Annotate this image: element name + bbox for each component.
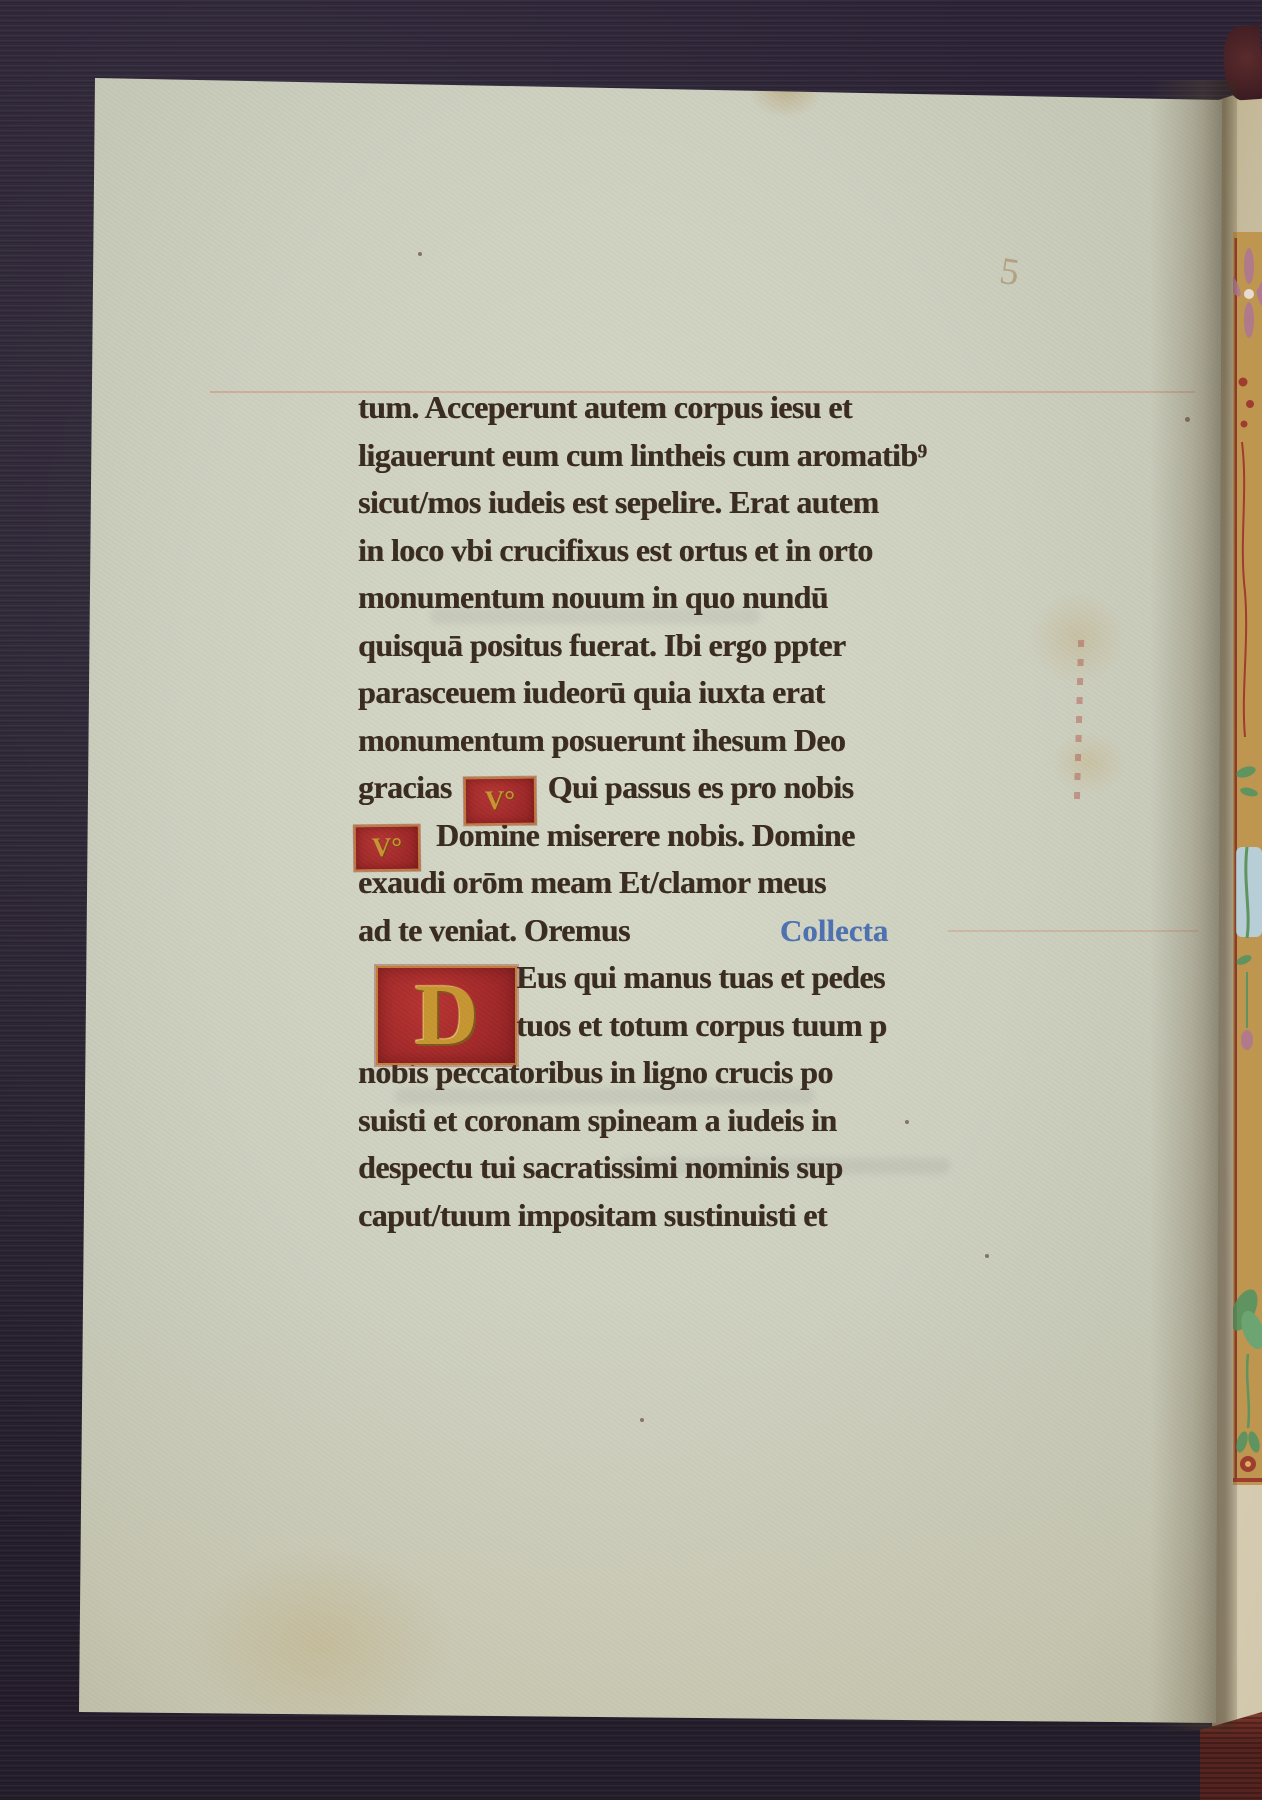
ink-speck <box>640 1418 644 1422</box>
versicle-rubric-badge: V° <box>463 776 535 825</box>
text-segment: ad te veniat. Oremus <box>358 912 630 948</box>
text-segment: monumentum posuerunt ihesum Deo <box>358 722 845 758</box>
text-line-12: ad te veniat. OremusCollecta <box>358 907 1088 955</box>
binding-edge-top-right <box>1221 25 1262 101</box>
text-segment: Eus qui manus tuas et pedes <box>516 959 885 995</box>
manuscript-photo: 5 tum. Acceperunt autem corpus iesu etli… <box>0 0 1262 1800</box>
text-segment: in loco vbi crucifixus est ortus et in o… <box>358 532 873 568</box>
text-line-6: quisquā positus fuerat. Ibi ergo ppter <box>358 622 1088 670</box>
illuminated-border-strip <box>1233 232 1262 1485</box>
text-segment: quisquā positus fuerat. Ibi ergo ppter <box>358 627 846 663</box>
text-segment: monumentum nouum in quo nundū <box>358 579 828 615</box>
text-segment: tuos et totum corpus tuum p <box>516 1007 887 1043</box>
text-line-2: ligauerunt eum cum lintheis cum aromatib… <box>358 432 1088 480</box>
binding-fabric-bottom-right <box>1200 1712 1262 1800</box>
text-line-5: monumentum nouum in quo nundū <box>358 574 1088 622</box>
versicle-rubric-badge: V° <box>354 825 420 872</box>
text-segment: suisti et coronam spineam a iudeis in <box>358 1102 837 1138</box>
text-segment: parasceuem iudeorū quia iuxta erat <box>358 674 825 710</box>
initial-letter: D <box>415 972 479 1060</box>
text-line-1: tum. Acceperunt autem corpus iesu et <box>358 384 1088 432</box>
folio-number: 5 <box>997 249 1023 295</box>
pink-bud <box>1241 1030 1253 1050</box>
text-line-3: sicut/mos iudeis est sepelire. Erat aute… <box>358 479 1088 527</box>
text-line-7: parasceuem iudeorū quia iuxta erat <box>358 669 1088 717</box>
text-segment: Qui passus es pro nobis <box>548 769 854 805</box>
text-line-11: exaudi orōm meam Et/clamor meus <box>358 859 1088 907</box>
text-line-17: despectu tui sacratissimi nominis sup <box>358 1144 1088 1192</box>
text-line-18: caput/tuum impositam sustinuisti et <box>358 1192 1088 1240</box>
text-segment: despectu tui sacratissimi nominis sup <box>358 1149 843 1185</box>
ink-speck <box>985 1254 989 1258</box>
ink-speck <box>1185 417 1190 422</box>
text-segment: gracias <box>358 769 452 805</box>
text-segment: sicut/mos iudeis est sepelire. Erat aute… <box>358 484 879 520</box>
illuminated-initial: D <box>376 966 517 1065</box>
text-line-16: suisti et coronam spineam a iudeis in <box>358 1097 1088 1145</box>
text-segment: ligauerunt eum cum lintheis cum aromatib… <box>358 437 926 473</box>
ink-speck <box>418 252 422 256</box>
manuscript-text-block: tum. Acceperunt autem corpus iesu etliga… <box>358 384 1088 1239</box>
text-line-4: in loco vbi crucifixus est ortus et in o… <box>358 527 1088 575</box>
parchment-page: 5 tum. Acceperunt autem corpus iesu etli… <box>0 0 1262 1800</box>
text-segment: exaudi orōm meam Et/clamor meus <box>358 864 826 900</box>
text-segment: tum. Acceperunt autem corpus iesu et <box>358 389 852 425</box>
parchment-stain <box>748 56 824 118</box>
text-line-9: graciasV°Qui passus es pro nobis <box>358 764 1088 812</box>
text-segment: caput/tuum impositam sustinuisti et <box>358 1197 827 1233</box>
text-line-8: monumentum posuerunt ihesum Deo <box>358 717 1088 765</box>
collecta-rubric-label: Collecta <box>780 913 888 948</box>
parchment-stain <box>185 1545 455 1740</box>
